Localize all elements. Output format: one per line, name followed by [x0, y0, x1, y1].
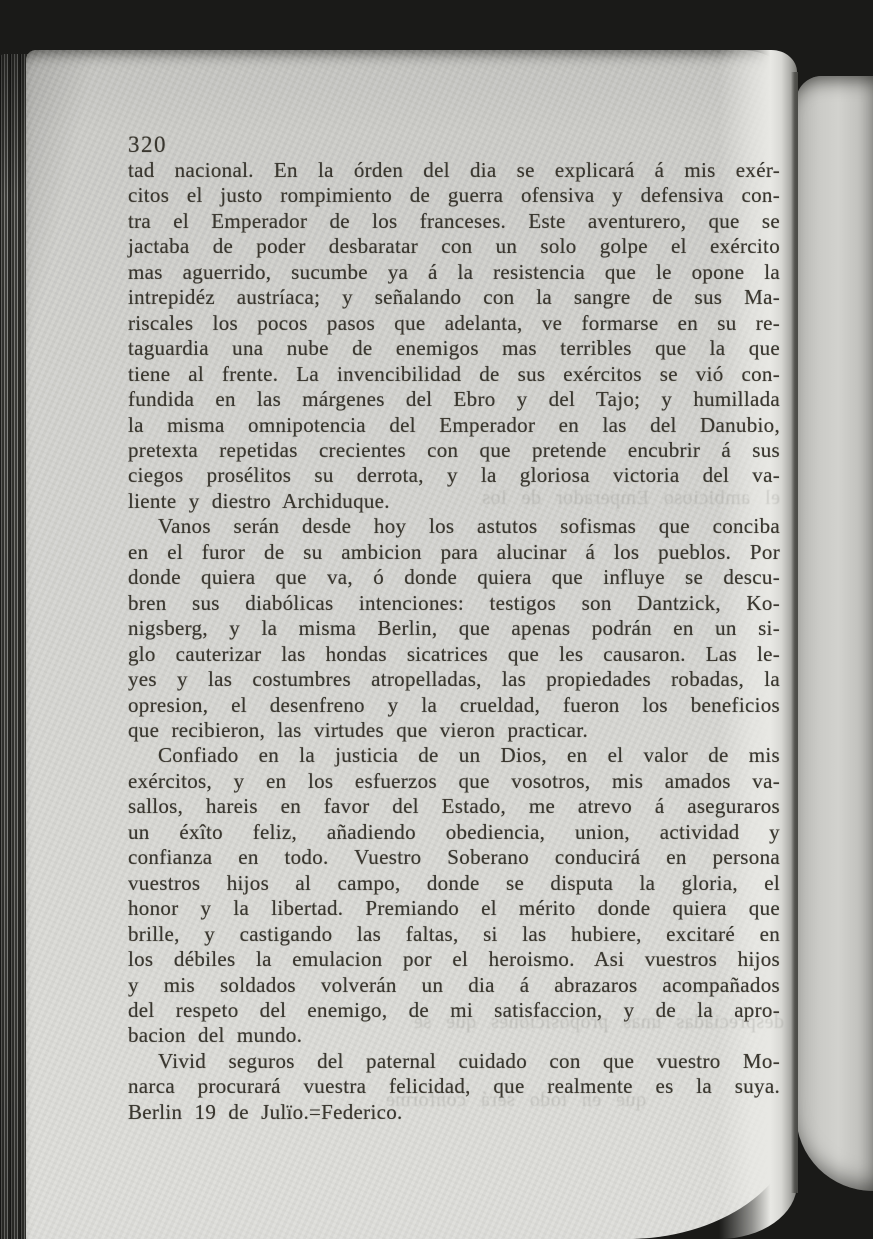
book-page: 320 tad nacional. En la órden del dia se… — [26, 50, 797, 1239]
text-line: glo cauterizar las hondas sicatrices que… — [128, 642, 780, 667]
text-line: un éxîto feliz, añadiendo obediencia, un… — [128, 820, 780, 845]
page-text: 320 tad nacional. En la órden del dia se… — [128, 132, 780, 1125]
text-line: exércitos, y en los esfuerzos que vosotr… — [128, 769, 780, 794]
text-line: los débiles la emulacion por el heroismo… — [128, 947, 780, 972]
text-line: fundida en las márgenes del Ebro y del T… — [128, 387, 780, 412]
text-line: honor y la libertad. Premiando el mérito… — [128, 896, 780, 921]
text-line: Vivid seguros del paternal cuidado con q… — [128, 1049, 780, 1074]
text-line: bacion del mundo. — [128, 1023, 780, 1048]
text-line: confianza en todo. Vuestro Soberano cond… — [128, 845, 780, 870]
text-line: y mis soldados volverán un dia á abrazar… — [128, 973, 780, 998]
text-line: pretexta repetidas crecientes con que pr… — [128, 438, 780, 463]
text-line: vuestros hijos al campo, donde se disput… — [128, 871, 780, 896]
text-line: sallos, hareis en favor del Estado, me a… — [128, 794, 780, 819]
text-line: que recibieron, las virtudes que vieron … — [128, 718, 780, 743]
text-line: Berlin 19 de Julïo.=Federico. — [128, 1100, 780, 1125]
text-line: taguardia una nube de enemigos mas terri… — [128, 336, 780, 361]
book-spine-page-edges — [0, 54, 28, 1239]
text-line: narca procurará vuestra felicidad, que r… — [128, 1074, 780, 1099]
text-line: del respeto del enemigo, de mi satisfacc… — [128, 998, 780, 1023]
text-line: donde quiera que va, ó donde quiera que … — [128, 565, 780, 590]
page-number: 320 — [128, 132, 780, 158]
text-line: jactaba de poder desbaratar con un solo … — [128, 234, 780, 259]
next-page-edge — [796, 76, 873, 1191]
text-line: citos el justo rompimiento de guerra ofe… — [128, 183, 780, 208]
text-line: tad nacional. En la órden del dia se exp… — [128, 158, 780, 183]
text-line: tiene al frente. La invencibilidad de su… — [128, 362, 780, 387]
text-line: Vanos serán desde hoy los astutos sofism… — [128, 514, 780, 539]
text-line: en el furor de su ambicion para alucinar… — [128, 540, 780, 565]
page-gutter-seam — [791, 72, 798, 1193]
text-line: mas aguerrido, sucumbe ya á la resistenc… — [128, 260, 780, 285]
text-line: bren sus diabólicas intenciones: testigo… — [128, 591, 780, 616]
text-line: brille, y castigando las faltas, si las … — [128, 922, 780, 947]
text-line: tra el Emperador de los franceses. Este … — [128, 209, 780, 234]
text-line: Confiado en la justicia de un Dios, en e… — [128, 743, 780, 768]
text-line: opresion, el desenfreno y la crueldad, f… — [128, 693, 780, 718]
text-line: yes y las costumbres atropelladas, las p… — [128, 667, 780, 692]
text-line: la misma omnipotencia del Emperador en l… — [128, 413, 780, 438]
text-line: ciegos prosélitos su derrota, y la glori… — [128, 463, 780, 488]
text-line: nigsberg, y la misma Berlin, que apenas … — [128, 616, 780, 641]
text-line: liente y diestro Archiduque. — [128, 489, 780, 514]
scanned-book-photo: 320 tad nacional. En la órden del dia se… — [0, 0, 873, 1239]
text-line: riscales los pocos pasos que adelanta, v… — [128, 311, 780, 336]
text-line: intrepidéz austríaca; y señalando con la… — [128, 285, 780, 310]
